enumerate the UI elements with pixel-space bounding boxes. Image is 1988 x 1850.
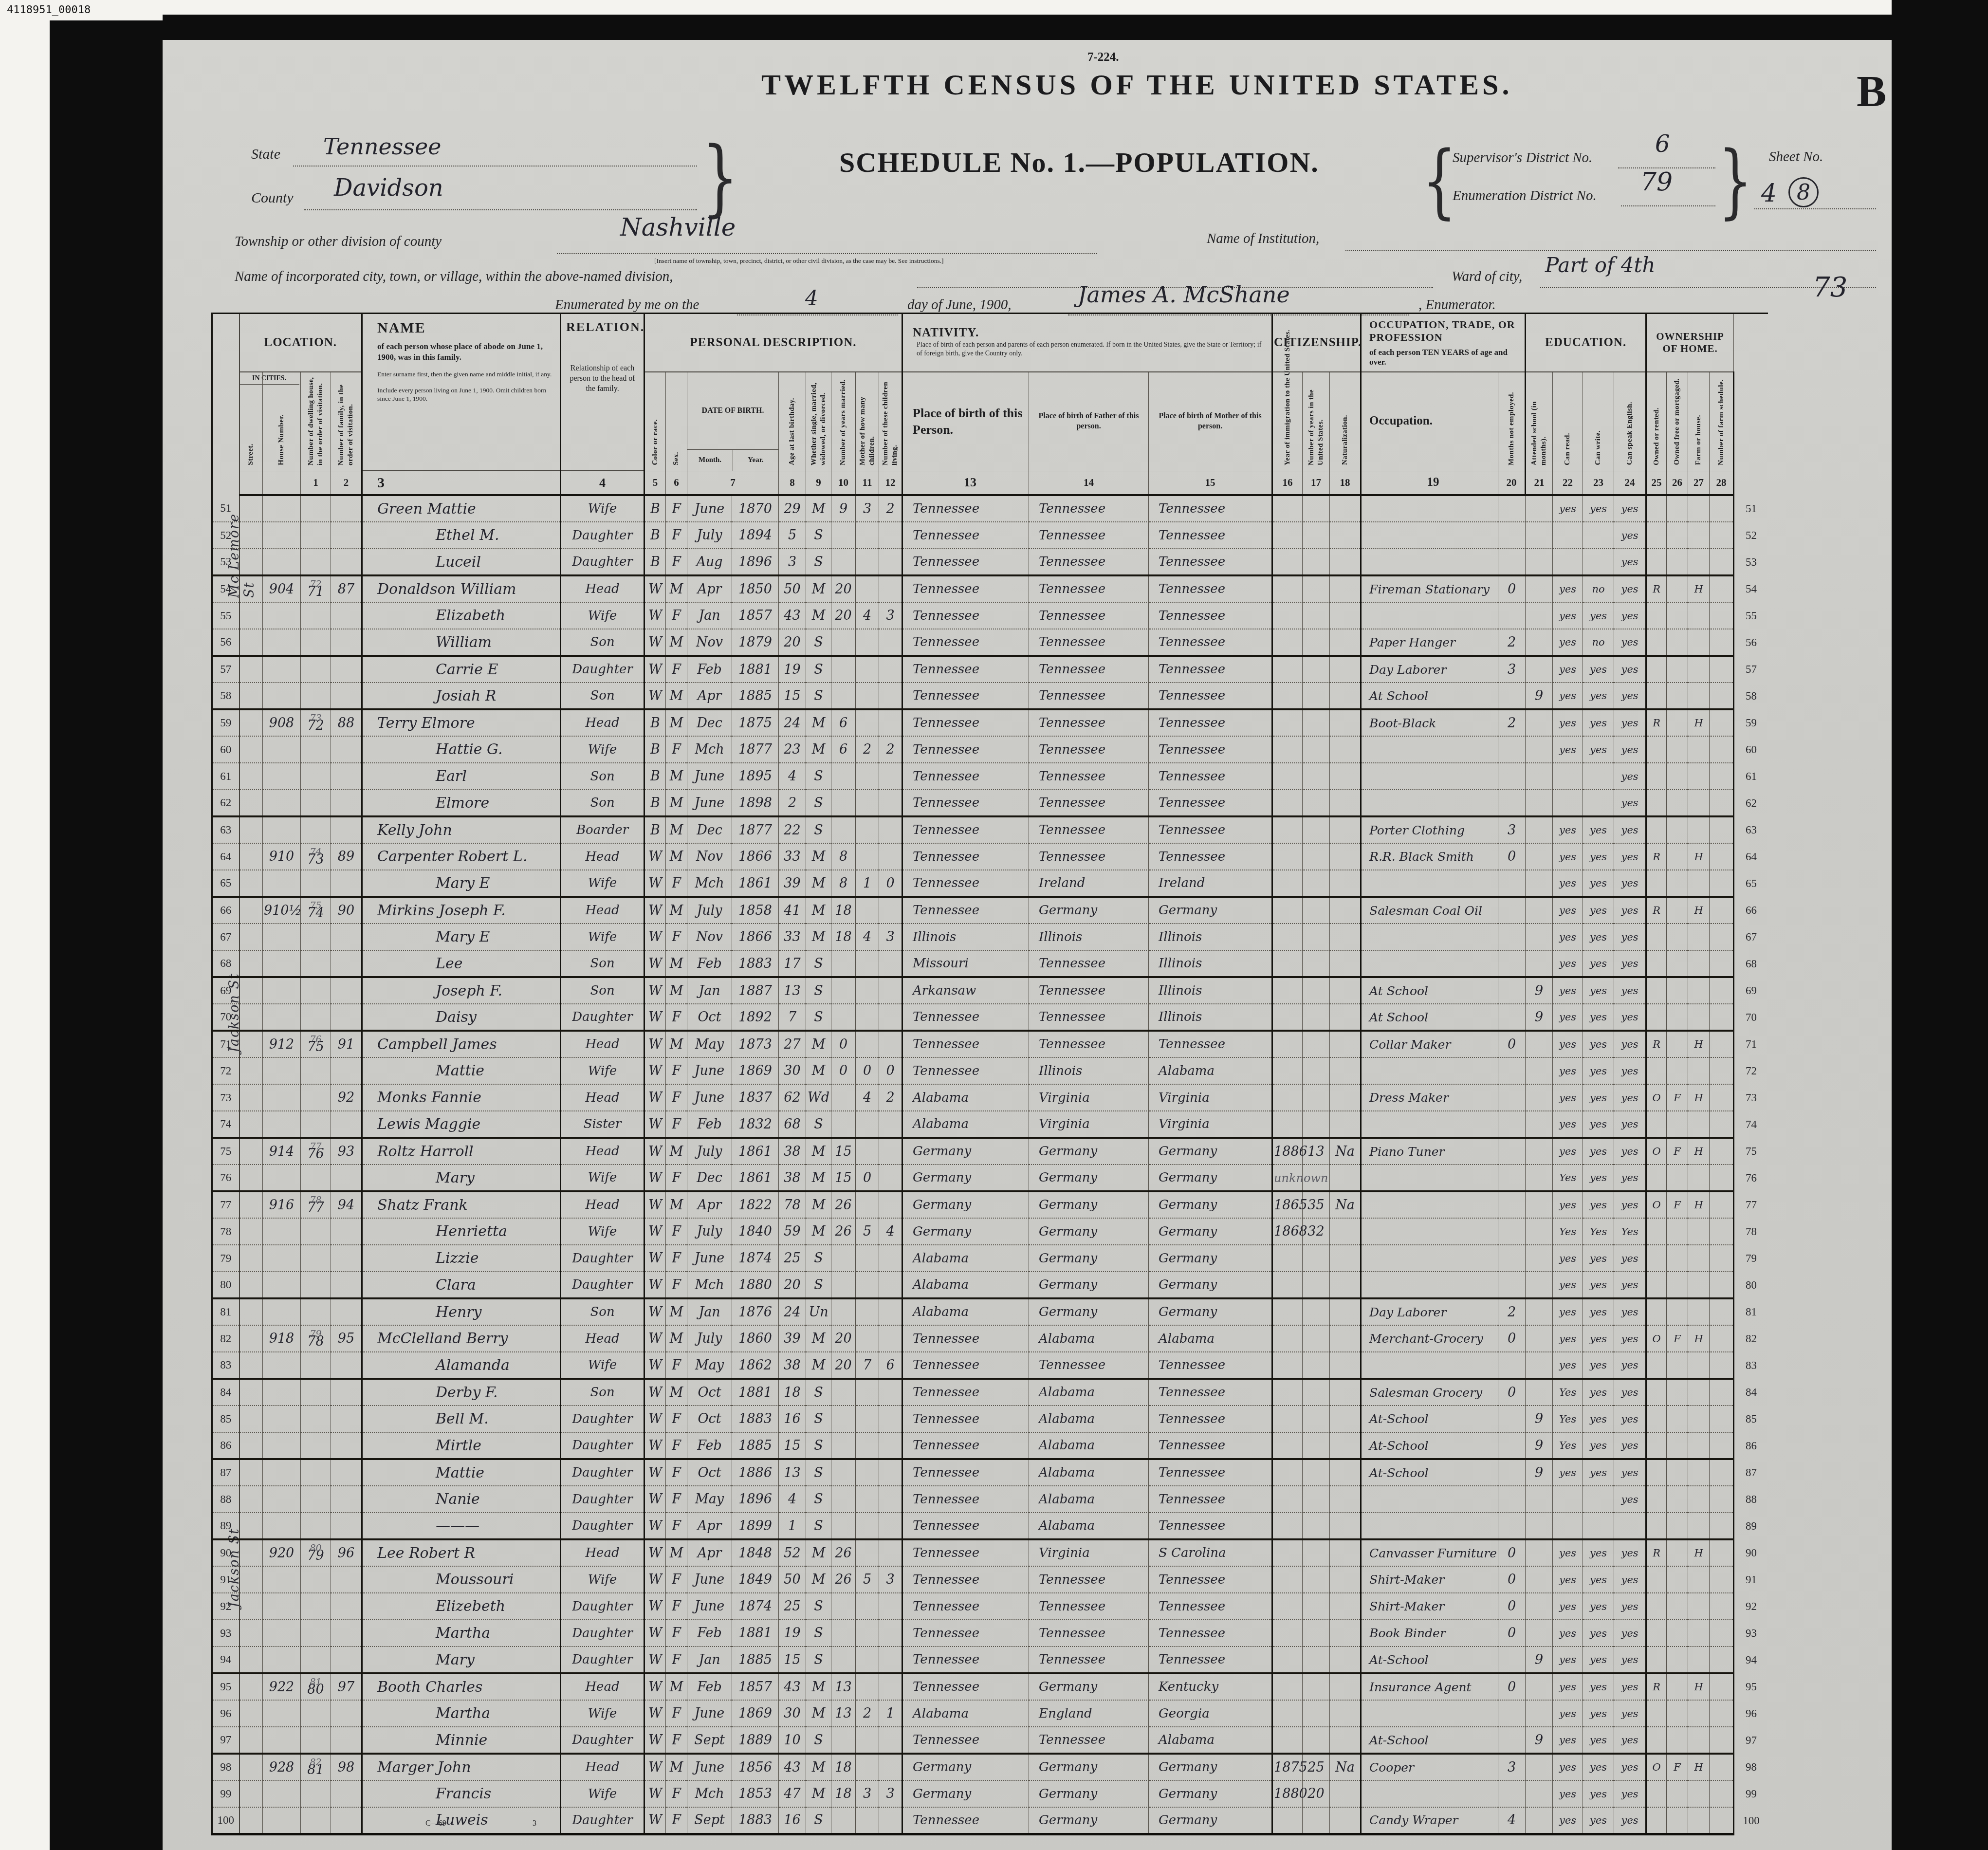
line-number-left: 65 bbox=[212, 870, 239, 897]
cell-age: 50 bbox=[779, 575, 806, 602]
cell-marital-status: M bbox=[806, 1700, 831, 1727]
cell-house-number bbox=[263, 495, 301, 522]
cell-house-number: 920 bbox=[263, 1539, 301, 1566]
cell-mother-of-children bbox=[856, 950, 879, 977]
cell-owned-rented bbox=[1646, 1566, 1667, 1593]
cell-pob-mother: Virginia bbox=[1149, 1084, 1272, 1111]
line-number-right: 62 bbox=[1734, 790, 1768, 816]
cell-sex: F bbox=[666, 1486, 687, 1513]
cell-birth-year: 1894 bbox=[732, 522, 779, 549]
cell-farm-house: H bbox=[1688, 575, 1710, 602]
cell-age: 22 bbox=[779, 816, 806, 843]
cell-years-married: 6 bbox=[831, 736, 856, 763]
cell-pob-person: Tennessee bbox=[902, 1593, 1029, 1620]
cell-color-race: W bbox=[644, 1406, 666, 1432]
cell-naturalization bbox=[1330, 522, 1361, 549]
cell-pob-mother: Tennessee bbox=[1149, 549, 1272, 575]
cell-marital-status: S bbox=[806, 1245, 831, 1272]
census-row: 68 Lee Son W M Feb 1883 17 S Missouri Te… bbox=[212, 950, 1768, 977]
cell-children-living bbox=[879, 1539, 902, 1566]
cell-age: 2 bbox=[779, 790, 806, 816]
margin-number: 73 bbox=[1813, 272, 1847, 303]
cell-mother-of-children bbox=[856, 1191, 879, 1218]
col-birth-year: Year. bbox=[733, 450, 778, 471]
line-number-left: 99 bbox=[212, 1780, 239, 1807]
cell-farm-schedule bbox=[1710, 522, 1734, 549]
cell-birth-month: Mch bbox=[687, 736, 732, 763]
cell-age: 38 bbox=[779, 1138, 806, 1165]
cell-marital-status: S bbox=[806, 1004, 831, 1031]
cell-immigration-year bbox=[1272, 1031, 1303, 1057]
cell-house-number bbox=[263, 1272, 301, 1298]
cell-occupation bbox=[1361, 924, 1498, 950]
cell-marital-status: M bbox=[806, 1539, 831, 1566]
cell-farm-house bbox=[1688, 1727, 1710, 1754]
cell-age: 43 bbox=[779, 602, 806, 629]
cell-relation: Daughter bbox=[561, 1432, 644, 1459]
cell-farm-schedule bbox=[1710, 843, 1734, 870]
cell-occupation bbox=[1361, 1486, 1498, 1513]
cell-can-speak-english: yes bbox=[1614, 1138, 1646, 1165]
cell-can-write: yes bbox=[1583, 1191, 1614, 1218]
cell-attended-school bbox=[1526, 1138, 1553, 1165]
cell-years-married: 26 bbox=[831, 1218, 856, 1245]
cell-children-living bbox=[879, 897, 902, 924]
group-name: NAME of each person whose place of abode… bbox=[362, 314, 561, 471]
cell-immigration-year: 1880 bbox=[1272, 1780, 1303, 1807]
cell-color-race: W bbox=[644, 1700, 666, 1727]
cell-naturalization bbox=[1330, 1646, 1361, 1673]
cell-free-mortgaged bbox=[1667, 1780, 1688, 1807]
cell-pob-mother: Germany bbox=[1149, 1138, 1272, 1165]
cell-birth-year: 1881 bbox=[732, 1620, 779, 1646]
cell-months-unemployed bbox=[1498, 736, 1526, 763]
cell-occupation: Candy Wraper bbox=[1361, 1807, 1498, 1834]
cell-naturalization bbox=[1330, 843, 1361, 870]
cell-pob-mother: Tennessee bbox=[1149, 843, 1272, 870]
cell-can-speak-english: yes bbox=[1614, 924, 1646, 950]
cell-family-number bbox=[331, 1727, 362, 1754]
cell-can-write: yes bbox=[1583, 683, 1614, 709]
cell-age: 27 bbox=[779, 1031, 806, 1057]
cell-marital-status: M bbox=[806, 1057, 831, 1084]
cell-relation: Wife bbox=[561, 1352, 644, 1379]
cell-pob-mother: Tennessee bbox=[1149, 709, 1272, 736]
cell-age: 38 bbox=[779, 1352, 806, 1379]
cell-can-write bbox=[1583, 1513, 1614, 1539]
cell-occupation: At-School bbox=[1361, 1727, 1498, 1754]
cell-dwelling-number bbox=[301, 1780, 331, 1807]
cell-naturalization bbox=[1330, 977, 1361, 1004]
cell-immigration-year bbox=[1272, 977, 1303, 1004]
cell-can-speak-english: yes bbox=[1614, 1593, 1646, 1620]
cell-can-read: yes bbox=[1553, 1620, 1583, 1646]
cell-marital-status: S bbox=[806, 977, 831, 1004]
cell-attended-school bbox=[1526, 1031, 1553, 1057]
census-row: 71 912 7675 91 Campbell James Head W M M… bbox=[212, 1031, 1768, 1057]
cell-relation: Wife bbox=[561, 1165, 644, 1191]
name-note-1: Enter surname first, then the given name… bbox=[377, 370, 555, 379]
cell-farm-house: H bbox=[1688, 1539, 1710, 1566]
cell-children-living bbox=[879, 1138, 902, 1165]
cell-name: Henrietta bbox=[362, 1218, 561, 1245]
cell-pob-mother: Germany bbox=[1149, 1754, 1272, 1780]
line-number-left: 59 bbox=[212, 709, 239, 736]
cell-dwelling-number bbox=[301, 683, 331, 709]
cell-years-married: 18 bbox=[831, 1754, 856, 1780]
cell-naturalization bbox=[1330, 897, 1361, 924]
cell-pob-father: Alabama bbox=[1029, 1513, 1149, 1539]
cell-farm-house bbox=[1688, 1298, 1710, 1325]
cell-dwelling-number bbox=[301, 1727, 331, 1754]
cell-naturalization bbox=[1330, 763, 1361, 790]
cell-pob-mother: Germany bbox=[1149, 1272, 1272, 1298]
cell-sex: F bbox=[666, 1700, 687, 1727]
cell-farm-schedule bbox=[1710, 897, 1734, 924]
cell-relation: Wife bbox=[561, 495, 644, 522]
cell-immigration-year bbox=[1272, 1432, 1303, 1459]
cell-birth-year: 1862 bbox=[732, 1352, 779, 1379]
cell-street bbox=[239, 1780, 263, 1807]
cell-dwelling-number bbox=[301, 1807, 331, 1834]
cell-age: 50 bbox=[779, 1566, 806, 1593]
group-personal-description: PERSONAL DESCRIPTION. bbox=[644, 314, 902, 372]
enumeration-label: Enumeration District No. bbox=[1453, 188, 1597, 204]
cell-house-number bbox=[263, 924, 301, 950]
cell-pob-mother: Illinois bbox=[1149, 924, 1272, 950]
cell-street bbox=[239, 1111, 263, 1138]
cell-children-living: 0 bbox=[879, 870, 902, 897]
cell-relation: Wife bbox=[561, 1780, 644, 1807]
cell-naturalization: Na bbox=[1330, 1754, 1361, 1780]
cell-years-in-us bbox=[1303, 602, 1330, 629]
sheet-line bbox=[1754, 208, 1876, 209]
cell-age: 41 bbox=[779, 897, 806, 924]
cell-pob-mother: Germany bbox=[1149, 1298, 1272, 1325]
institution-label: Name of Institution, bbox=[1207, 231, 1319, 247]
census-row: 55 Elizabeth Wife W F Jan 1857 43 M 20 4… bbox=[212, 602, 1768, 629]
cell-months-unemployed: 2 bbox=[1498, 709, 1526, 736]
cell-marital-status: M bbox=[806, 1673, 831, 1700]
cell-can-speak-english: yes bbox=[1614, 1780, 1646, 1807]
cell-street bbox=[239, 924, 263, 950]
cell-free-mortgaged bbox=[1667, 870, 1688, 897]
cell-family-number bbox=[331, 1513, 362, 1539]
cell-marital-status: M bbox=[806, 709, 831, 736]
cell-marital-status: Wd bbox=[806, 1084, 831, 1111]
census-sheet: 7-224. TWELFTH CENSUS OF THE UNITED STAT… bbox=[163, 40, 1892, 1850]
cell-years-married bbox=[831, 1245, 856, 1272]
cell-family-number bbox=[331, 1646, 362, 1673]
cell-years-married bbox=[831, 1727, 856, 1754]
cell-occupation: Collar Maker bbox=[1361, 1031, 1498, 1057]
cell-family-number bbox=[331, 629, 362, 656]
cell-immigration-year bbox=[1272, 1486, 1303, 1513]
cell-mother-of-children: 0 bbox=[856, 1057, 879, 1084]
cell-family-number bbox=[331, 522, 362, 549]
cell-years-in-us bbox=[1303, 575, 1330, 602]
sheet-label: Sheet No. bbox=[1769, 149, 1823, 165]
cell-can-read: yes bbox=[1553, 1272, 1583, 1298]
cell-years-in-us bbox=[1303, 1245, 1330, 1272]
cell-can-write: yes bbox=[1583, 897, 1614, 924]
cell-months-unemployed bbox=[1498, 549, 1526, 575]
census-row: 87 Mattie Daughter W F Oct 1886 13 S Ten… bbox=[212, 1459, 1768, 1486]
cell-occupation: Cooper bbox=[1361, 1754, 1498, 1780]
cell-farm-schedule bbox=[1710, 1593, 1734, 1620]
cell-pob-person: Tennessee bbox=[902, 736, 1029, 763]
cell-occupation: Merchant-Grocery bbox=[1361, 1325, 1498, 1352]
cell-children-living: 1 bbox=[879, 1700, 902, 1727]
cell-street bbox=[239, 1754, 263, 1780]
cell-occupation bbox=[1361, 790, 1498, 816]
line-number-right: 85 bbox=[1734, 1406, 1768, 1432]
cell-farm-schedule bbox=[1710, 763, 1734, 790]
cell-years-in-us bbox=[1303, 816, 1330, 843]
cell-months-unemployed bbox=[1498, 1646, 1526, 1673]
line-number-left: 92 bbox=[212, 1593, 239, 1620]
line-number-left: 53 bbox=[212, 549, 239, 575]
cell-years-married: 13 bbox=[831, 1700, 856, 1727]
line-number-left: 75 bbox=[212, 1138, 239, 1165]
cell-pob-father: Tennessee bbox=[1029, 763, 1149, 790]
cell-house-number: 910 bbox=[263, 843, 301, 870]
cell-immigration-year bbox=[1272, 950, 1303, 977]
cell-can-read: Yes bbox=[1553, 1218, 1583, 1245]
cell-house-number bbox=[263, 977, 301, 1004]
cell-attended-school bbox=[1526, 897, 1553, 924]
cell-months-unemployed bbox=[1498, 522, 1526, 549]
cell-immigration-year bbox=[1272, 1245, 1303, 1272]
cell-pob-person: Germany bbox=[902, 1191, 1029, 1218]
line-number-right: 97 bbox=[1734, 1727, 1768, 1754]
cell-mother-of-children bbox=[856, 1646, 879, 1673]
cell-pob-person: Tennessee bbox=[902, 1646, 1029, 1673]
cell-color-race: W bbox=[644, 1593, 666, 1620]
cell-children-living: 3 bbox=[879, 1780, 902, 1807]
cell-can-write: yes bbox=[1583, 1004, 1614, 1031]
cell-pob-father: Germany bbox=[1029, 1272, 1149, 1298]
cell-free-mortgaged bbox=[1667, 1566, 1688, 1593]
cell-age: 13 bbox=[779, 1459, 806, 1486]
cell-owned-rented bbox=[1646, 495, 1667, 522]
cell-street bbox=[239, 1031, 263, 1057]
cell-attended-school: 9 bbox=[1526, 683, 1553, 709]
cell-family-number: 95 bbox=[331, 1325, 362, 1352]
line-number-right: 61 bbox=[1734, 763, 1768, 790]
cell-can-read: yes bbox=[1553, 897, 1583, 924]
cell-farm-house: H bbox=[1688, 1754, 1710, 1780]
line-number-left: 98 bbox=[212, 1754, 239, 1780]
cell-color-race: W bbox=[644, 1057, 666, 1084]
cell-family-number bbox=[331, 1218, 362, 1245]
cell-years-in-us bbox=[1303, 522, 1330, 549]
cell-naturalization bbox=[1330, 709, 1361, 736]
cell-dwelling-number: 7877 bbox=[301, 1191, 331, 1218]
cell-years-in-us bbox=[1303, 1406, 1330, 1432]
cell-family-number: 93 bbox=[331, 1138, 362, 1165]
cell-children-living bbox=[879, 1593, 902, 1620]
cell-can-write: yes bbox=[1583, 709, 1614, 736]
cell-years-married: 18 bbox=[831, 897, 856, 924]
cell-birth-month: Feb bbox=[687, 656, 732, 683]
line-number-left: 100 bbox=[212, 1807, 239, 1834]
line-number-left: 72 bbox=[212, 1057, 239, 1084]
occupation-subtitle: of each person TEN YEARS of age and over… bbox=[1369, 348, 1524, 367]
cell-pob-mother: Georgia bbox=[1149, 1700, 1272, 1727]
line-number-left: 52 bbox=[212, 522, 239, 549]
census-row: 94 Mary Daughter W F Jan 1885 15 S Tenne… bbox=[212, 1646, 1768, 1673]
cell-age: 20 bbox=[779, 629, 806, 656]
cell-occupation: Paper Hanger bbox=[1361, 629, 1498, 656]
cell-marital-status: S bbox=[806, 1513, 831, 1539]
cell-birth-month: May bbox=[687, 1486, 732, 1513]
cell-years-in-us bbox=[1303, 1379, 1330, 1406]
cell-pob-father: Tennessee bbox=[1029, 495, 1149, 522]
cell-free-mortgaged bbox=[1667, 1432, 1688, 1459]
state-county-brace bbox=[702, 135, 738, 219]
cell-street bbox=[239, 602, 263, 629]
cell-name: McClelland Berry bbox=[362, 1325, 561, 1352]
col-farm-house: Farm or house. bbox=[1688, 372, 1710, 471]
cell-family-number: 90 bbox=[331, 897, 362, 924]
cell-color-race: W bbox=[644, 1031, 666, 1057]
cell-sex: F bbox=[666, 1513, 687, 1539]
cell-dwelling-number bbox=[301, 790, 331, 816]
scan-corner-id: 4118951_00018 bbox=[7, 4, 91, 16]
cell-years-married bbox=[831, 1486, 856, 1513]
cell-farm-schedule bbox=[1710, 602, 1734, 629]
cell-farm-house bbox=[1688, 1352, 1710, 1379]
cell-attended-school bbox=[1526, 522, 1553, 549]
cell-immigration-year bbox=[1272, 763, 1303, 790]
cell-birth-year: 1873 bbox=[732, 1031, 779, 1057]
cell-sex: M bbox=[666, 1754, 687, 1780]
cell-can-read: Yes bbox=[1553, 1379, 1583, 1406]
col-marital-status: Whether single, married, widowed, or div… bbox=[806, 372, 831, 471]
cell-farm-house bbox=[1688, 1165, 1710, 1191]
cell-years-in-us bbox=[1303, 1325, 1330, 1352]
cell-can-speak-english: yes bbox=[1614, 683, 1646, 709]
cell-occupation bbox=[1361, 602, 1498, 629]
cell-free-mortgaged bbox=[1667, 1111, 1688, 1138]
cell-children-living bbox=[879, 1646, 902, 1673]
col-can-speak-english: Can speak English. bbox=[1614, 372, 1646, 471]
cell-family-number bbox=[331, 1459, 362, 1486]
cell-children-living bbox=[879, 1031, 902, 1057]
cell-street bbox=[239, 1084, 263, 1111]
cell-dwelling-number bbox=[301, 549, 331, 575]
cell-marital-status: S bbox=[806, 1620, 831, 1646]
line-number-header-right bbox=[1734, 314, 1768, 496]
cell-farm-house: H bbox=[1688, 1191, 1710, 1218]
cell-mother-of-children: 4 bbox=[856, 1084, 879, 1111]
cell-children-living bbox=[879, 683, 902, 709]
cell-free-mortgaged bbox=[1667, 1004, 1688, 1031]
cell-owned-rented bbox=[1646, 1646, 1667, 1673]
cell-free-mortgaged bbox=[1667, 1379, 1688, 1406]
cell-can-speak-english: yes bbox=[1614, 1191, 1646, 1218]
cell-occupation: At School bbox=[1361, 1004, 1498, 1031]
line-number-left: 84 bbox=[212, 1379, 239, 1406]
cell-years-married bbox=[831, 1111, 856, 1138]
cell-years-married bbox=[831, 1432, 856, 1459]
cell-years-in-us bbox=[1303, 843, 1330, 870]
cell-can-write: yes bbox=[1583, 736, 1614, 763]
line-number-left: 63 bbox=[212, 816, 239, 843]
line-number-right: 56 bbox=[1734, 629, 1768, 656]
cell-color-race: W bbox=[644, 1218, 666, 1245]
cell-name: Martha bbox=[362, 1620, 561, 1646]
cell-naturalization bbox=[1330, 1245, 1361, 1272]
cell-color-race: W bbox=[644, 1298, 666, 1325]
cell-house-number bbox=[263, 736, 301, 763]
cell-attended-school bbox=[1526, 1539, 1553, 1566]
cell-name: Marger John bbox=[362, 1754, 561, 1780]
cell-farm-schedule bbox=[1710, 1325, 1734, 1352]
cell-name: Mary E bbox=[362, 870, 561, 897]
cell-house-number: 922 bbox=[263, 1673, 301, 1700]
cell-birth-year: 1866 bbox=[732, 924, 779, 950]
cell-birth-month: June bbox=[687, 1057, 732, 1084]
cell-can-read: yes bbox=[1553, 1780, 1583, 1807]
cell-sex: F bbox=[666, 522, 687, 549]
cell-can-speak-english: yes bbox=[1614, 1727, 1646, 1754]
cell-owned-rented bbox=[1646, 1513, 1667, 1539]
cell-sex: M bbox=[666, 790, 687, 816]
cell-years-married bbox=[831, 763, 856, 790]
cell-children-living bbox=[879, 522, 902, 549]
cell-house-number bbox=[263, 1700, 301, 1727]
cell-years-married bbox=[831, 1084, 856, 1111]
cell-can-write: yes bbox=[1583, 495, 1614, 522]
cell-can-speak-english: yes bbox=[1614, 1031, 1646, 1057]
enumerated-pre: Enumerated by me on the bbox=[555, 297, 699, 313]
cell-years-married: 26 bbox=[831, 1566, 856, 1593]
cell-age: 78 bbox=[779, 1191, 806, 1218]
cell-birth-year: 1885 bbox=[732, 1646, 779, 1673]
nativity-title: NATIVITY. bbox=[913, 326, 1270, 340]
census-row: 60 Hattie G. Wife B F Mch 1877 23 M 6 2 … bbox=[212, 736, 1768, 763]
cell-color-race: W bbox=[644, 683, 666, 709]
cell-months-unemployed: 0 bbox=[1498, 1031, 1526, 1057]
cell-occupation: Day Laborer bbox=[1361, 1298, 1498, 1325]
cell-can-read: yes bbox=[1553, 575, 1583, 602]
cell-family-number: 97 bbox=[331, 1673, 362, 1700]
cell-attended-school bbox=[1526, 1111, 1553, 1138]
cell-mother-of-children bbox=[856, 1459, 879, 1486]
line-number-right: 52 bbox=[1734, 522, 1768, 549]
cell-attended-school bbox=[1526, 1700, 1553, 1727]
cell-street bbox=[239, 763, 263, 790]
cell-owned-rented bbox=[1646, 549, 1667, 575]
cell-owned-rented: R bbox=[1646, 897, 1667, 924]
cell-marital-status: S bbox=[806, 1727, 831, 1754]
cell-immigration-year bbox=[1272, 816, 1303, 843]
cell-color-race: W bbox=[644, 1566, 666, 1593]
cell-age: 38 bbox=[779, 1165, 806, 1191]
cell-color-race: W bbox=[644, 602, 666, 629]
cell-family-number bbox=[331, 1432, 362, 1459]
cell-age: 25 bbox=[779, 1593, 806, 1620]
cell-relation: Daughter bbox=[561, 1646, 644, 1673]
cell-months-unemployed bbox=[1498, 1727, 1526, 1754]
cell-pob-mother: Germany bbox=[1149, 1191, 1272, 1218]
cell-immigration-year bbox=[1272, 870, 1303, 897]
cell-pob-mother: Tennessee bbox=[1149, 495, 1272, 522]
line-number-right: 77 bbox=[1734, 1191, 1768, 1218]
cell-free-mortgaged bbox=[1667, 1727, 1688, 1754]
